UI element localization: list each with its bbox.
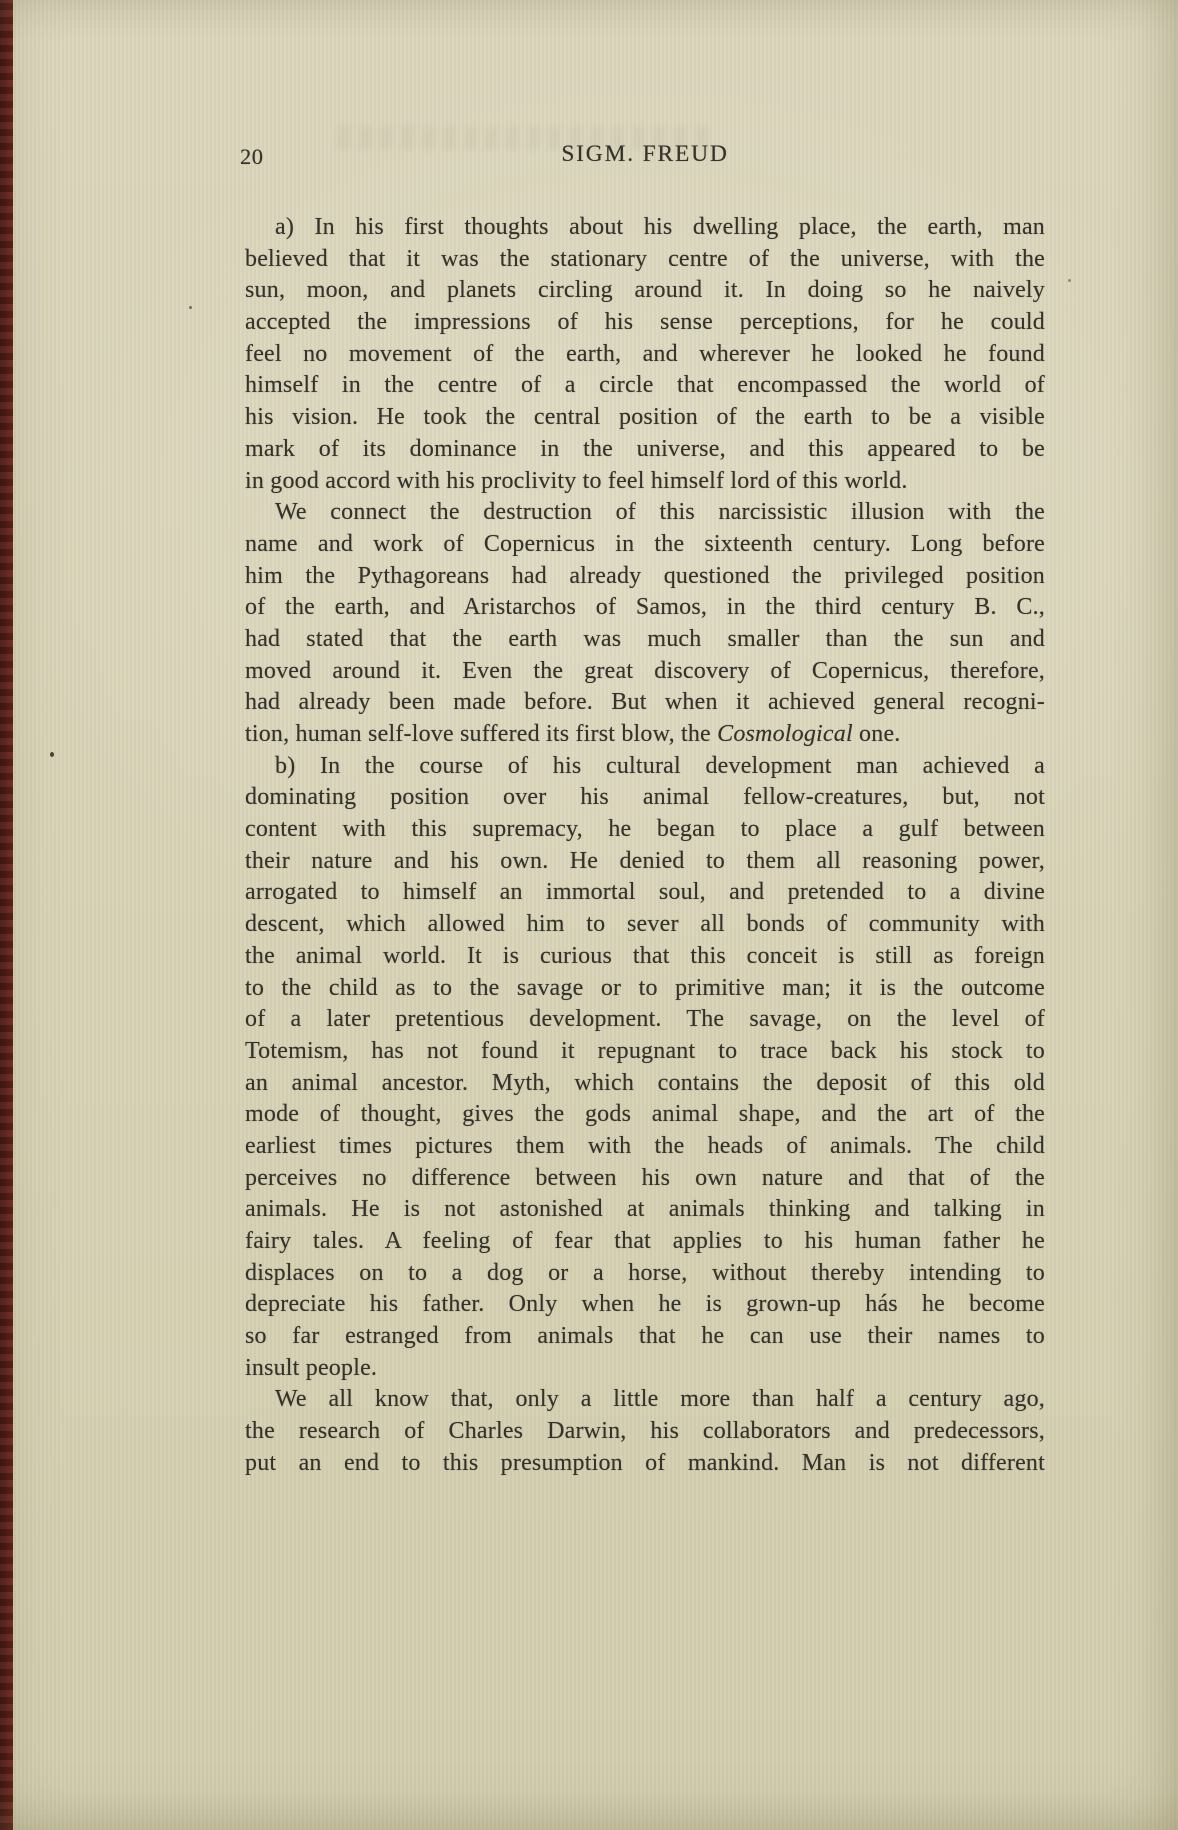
text-line: so far estranged from animals that he ca… bbox=[245, 1321, 1045, 1353]
text-line: Totemism, has not found it repugnant to … bbox=[245, 1036, 1045, 1068]
text-line: tion, human self-love suffered its first… bbox=[245, 719, 1045, 751]
text-line: put an end to this presumption of mankin… bbox=[245, 1448, 1045, 1480]
text-line: content with this supremacy, he began to… bbox=[245, 814, 1045, 846]
running-header: SIGM. FREUD bbox=[245, 141, 1045, 168]
text-line: accepted the impressions of his sense pe… bbox=[245, 307, 1045, 339]
text-line: depreciate his father. Only when he is g… bbox=[245, 1289, 1045, 1321]
text-line: mode of thought, gives the gods animal s… bbox=[245, 1099, 1045, 1131]
text-line: an animal ancestor. Myth, which contains… bbox=[245, 1068, 1045, 1100]
body-text: a) In his first thoughts about his dwell… bbox=[245, 212, 1045, 1480]
text-line: the animal world. It is curious that thi… bbox=[245, 941, 1045, 973]
text-line: insult people. bbox=[245, 1353, 1045, 1385]
text-line: earliest times pictures them with the he… bbox=[245, 1131, 1045, 1163]
text-line: his vision. He took the central position… bbox=[245, 402, 1045, 434]
text-line: himself in the centre of a circle that e… bbox=[245, 370, 1045, 402]
text-line: feel no movement of the earth, and where… bbox=[245, 339, 1045, 371]
text-line: perceives no difference between his own … bbox=[245, 1163, 1045, 1195]
text-line: of a later pretentious development. The … bbox=[245, 1004, 1045, 1036]
text-line: displaces on to a dog or a horse, withou… bbox=[245, 1258, 1045, 1290]
text-line: descent, which allowed him to sever all … bbox=[245, 909, 1045, 941]
text-line: arrogated to himself an immortal soul, a… bbox=[245, 877, 1045, 909]
text-line: in good accord with his proclivity to fe… bbox=[245, 466, 1045, 498]
text-line: their nature and his own. He denied to t… bbox=[245, 846, 1045, 878]
ink-speck bbox=[50, 752, 54, 757]
italic-text: Cosmological bbox=[717, 721, 853, 747]
text-line: him the Pythagoreans had already questio… bbox=[245, 561, 1045, 593]
scanned-book-page: 20 SIGM. FREUD a) In his first thoughts … bbox=[0, 0, 1178, 1830]
ink-speck bbox=[189, 306, 192, 309]
text-line: a) In his first thoughts about his dwell… bbox=[245, 212, 1045, 244]
text-line: dominating position over his animal fell… bbox=[245, 782, 1045, 814]
text-line: sun, moon, and planets circling around i… bbox=[245, 275, 1045, 307]
text-line: We all know that, only a little more tha… bbox=[245, 1384, 1045, 1416]
text-line: animals. He is not astonished at animals… bbox=[245, 1194, 1045, 1226]
text-line: had stated that the earth was much small… bbox=[245, 624, 1045, 656]
text-line: fairy tales. A feeling of fear that appl… bbox=[245, 1226, 1045, 1258]
text-line: to the child as to the savage or to prim… bbox=[245, 973, 1045, 1005]
text-line: b) In the course of his cultural develop… bbox=[245, 751, 1045, 783]
text-segment: tion, human self-love suffered its first… bbox=[245, 721, 717, 747]
text-segment: one. bbox=[853, 721, 901, 747]
text-line: had already been made before. But when i… bbox=[245, 687, 1045, 719]
text-line: mark of its dominance in the universe, a… bbox=[245, 434, 1045, 466]
ink-speck bbox=[1068, 279, 1071, 282]
text-line: name and work of Copernicus in the sixte… bbox=[245, 529, 1045, 561]
text-line: believed that it was the stationary cent… bbox=[245, 244, 1045, 276]
text-line: moved around it. Even the great discover… bbox=[245, 656, 1045, 688]
text-line: of the earth, and Aristarchos of Samos, … bbox=[245, 592, 1045, 624]
text-line: We connect the destruction of this narci… bbox=[245, 497, 1045, 529]
binding-edge bbox=[0, 0, 13, 1830]
text-line: the research of Charles Darwin, his coll… bbox=[245, 1416, 1045, 1448]
